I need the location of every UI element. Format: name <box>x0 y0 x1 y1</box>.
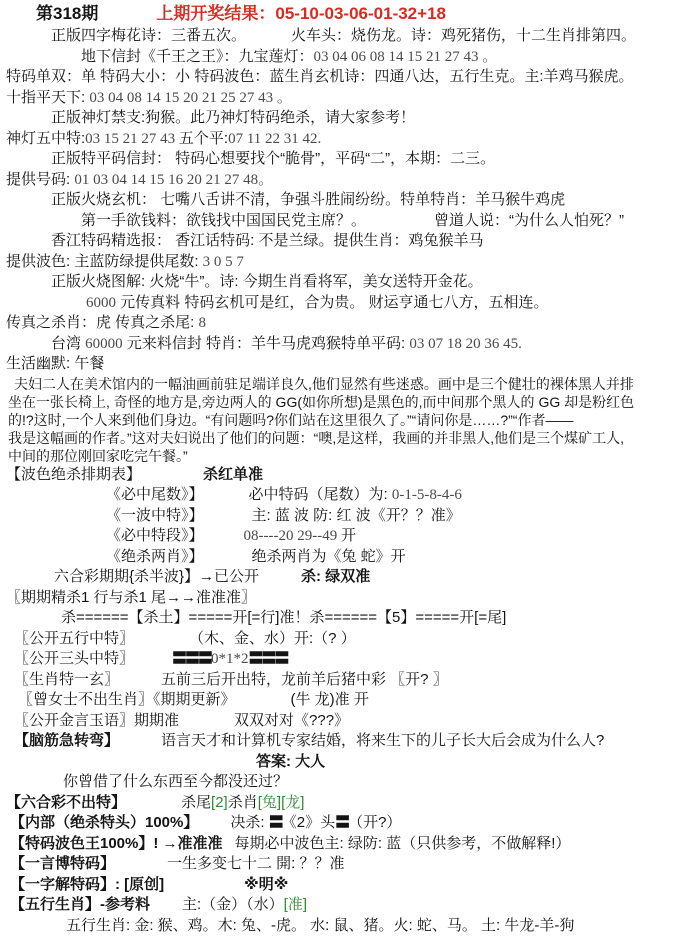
wave-kill-table-text: 【波色绝杀排期表】 <box>6 466 141 483</box>
huoshao-tujie-text: 正版火烧图解: 火烧“牛”。诗: 今期生肖看将军，美女送特开金花。 <box>51 273 483 290</box>
provided-numbers: 提供号码: 01 03 04 14 15 16 20 21 27 48。 <box>6 170 682 191</box>
not-out-special-text: 【六合彩不出特】 <box>6 794 126 811</box>
zeng-nushi-text: (牛 龙)准 开 <box>291 691 369 708</box>
bizhong-weishu: 《必中尾数》】必中特码（尾数）为: 0-1-5-8-4-6 <box>6 485 682 506</box>
spacer <box>126 802 181 803</box>
internal-kill-head-text: 【内部（绝杀特头）100%】 <box>10 814 198 831</box>
shendeng-five-text: 07 11 22 31 42. <box>228 131 321 147</box>
huoshao-tujie: 正版火烧图解: 火烧“牛”。诗: 今期生肖看将军，美女送特开金花。 <box>6 272 682 293</box>
bizhong-weishu-text: 必中特码（尾数）为: <box>249 486 392 503</box>
provided-numbers-text: 提供号码: <box>6 171 74 188</box>
spacer <box>223 843 235 844</box>
yizi-jie-text: ※明※ <box>244 876 288 893</box>
five-element-zodiac-text: 【五行生肖】-参考料 <box>10 896 150 913</box>
shendeng-five-text: 03 15 21 27 43 <box>85 131 179 147</box>
sha-banbo-text: 杀: 绿双准 <box>301 568 370 585</box>
humor-story-1: 夫妇二人在美术馆内的一幅油画前驻足端详良久,他们显然有些迷惑。画中是三个健壮的裸… <box>6 375 682 393</box>
five-elements-open: 〖公开五行中特〗（木、金、水）开:（? ） <box>6 629 682 650</box>
ten-fingers-text: 十指平天下: <box>6 89 89 106</box>
spacer <box>198 823 230 824</box>
yibo-zhongte-text: 《一波中特》】 <box>106 507 204 524</box>
fax-kill: 传真之杀肖：虎 传真之杀尾: 8 <box>6 313 682 334</box>
wave-color-king: 【特码波色王100%】! →准准准每期必中波色主: 绿防: 蓝（只供参考，不做解… <box>6 834 682 855</box>
provided-wave-color-text: 3 0 5 7 <box>203 254 244 270</box>
taiwan-60000-text: 03 07 18 20 36 45. <box>409 336 522 352</box>
wave-color-king-text: 每期必中波色主: 绿防: 蓝（只供参考，不做解释!） <box>235 835 571 852</box>
spacer <box>164 884 244 885</box>
taiwan-60000: 台湾 60000 元来料信封 特肖：羊牛马虎鸡猴特单平码: 03 07 18 2… <box>6 334 682 355</box>
header: 第318期上期开奖结果：05-10-03-06-01-32+18 <box>6 2 682 26</box>
tepingma-envelope-text: 正版特平码信封： 特码心想要找个“脆骨”，平码“二”，本期：二三。 <box>51 150 495 167</box>
yiyan-bo-text: 【一言博特码】 <box>10 855 115 872</box>
shendeng-ban: 正版神灯禁支:狗猴。此乃神灯特码绝杀，请大家参考！ <box>6 108 682 129</box>
bizhong-teduan-text: 开 <box>341 527 356 544</box>
yuqian-liao-text: 第一手欲钱料：欲钱找中国国民党主席？。 <box>81 212 366 229</box>
internal-kill-head-text: 〓 <box>269 814 282 831</box>
jingsha-header-text: 〖期期精杀1 行与杀1 尾→→准准准〗 <box>6 589 256 606</box>
xiangjiang-report: 香江特码精选报： 香江话特码: 不是兰绿。提供生肖：鸡兔猴羊马 <box>6 231 682 252</box>
humor-story-3: 的!?这时,一个人来到他们身边。“有问题吗?你们站在这里很久了。”“请问你是……… <box>6 411 682 429</box>
spacer <box>204 515 252 516</box>
special-attrs: 特码单双：单 特码大小：小 特码波色：蓝生肖玄机诗：四通八达，五行生克。主:羊鸡… <box>6 67 682 88</box>
bizhong-teduan: 《必中特段》】08----20 29--49 开 <box>6 526 682 547</box>
fax-6000-text: 元传真料 特码玄机可是红，合为贵。 财运亨通七八方，五相连。 <box>116 294 549 311</box>
spacer <box>366 220 434 221</box>
underground-envelope-text: 03 04 06 08 14 15 21 27 43 。 <box>314 49 498 65</box>
juesha-liangxiao: 《绝杀两肖》】绝杀两肖为《兔 蛇》开 <box>6 547 682 568</box>
spacer <box>236 700 291 701</box>
sha-line-text: 杀======【杀土】=====开[=行]准！杀======【5】=====开[… <box>61 609 506 626</box>
yibo-zhongte: 《一波中特》】主: 蓝 波 防: 红 波《开？？准》 <box>6 506 682 527</box>
tease-question: 你曾借了什么东西至今都没还过？ <box>6 772 682 793</box>
three-heads-open-text: 〖公开三头中特〗 <box>14 650 134 667</box>
spacer <box>204 536 244 537</box>
brain-teaser-text: 【脑筋急转弯】 <box>14 732 119 749</box>
spacer <box>204 556 252 557</box>
bizhong-weishu-text: 0-1-5-8-4-6 <box>392 487 462 503</box>
shengxiao-te-text: 〖生肖特一玄〗 <box>14 671 119 688</box>
three-heads-open-text: 〓〓〓 <box>249 650 288 667</box>
bizhong-teduan-text: 《必中特段》】 <box>106 527 204 544</box>
taiwan-60000-text: 台湾 <box>51 335 85 352</box>
lottery-tip-sheet: 第318期上期开奖结果：05-10-03-06-01-32+18正版四字梅花诗：… <box>0 0 688 936</box>
spacer <box>150 905 182 906</box>
underground-envelope: 地下信封《千王之王》：九宝莲灯：03 04 06 08 14 15 21 27 … <box>6 47 682 68</box>
spacer <box>141 474 203 475</box>
shengxiao-te: 〖生肖特一玄〗五前三后开出特，龙前羊后猪中彩 〖开? 〗 <box>6 670 682 691</box>
sha-line: 杀======【杀土】=====开[=行]准！杀======【5】=====开[… <box>6 608 682 629</box>
tepingma-envelope: 正版特平码信封： 特码心想要找个“脆骨”，平码“二”，本期：二三。 <box>6 149 682 170</box>
humor-title-text: 生活幽默: 午餐 <box>6 355 104 372</box>
three-heads-open-text: 0*1*2 <box>211 651 249 667</box>
meihua-poem: 正版四字梅花诗：三番五次。火车头：烧伤龙。诗：鸡死猪伤，十二生肖排第四。 <box>6 26 682 47</box>
internal-kill-head-text: （开?） <box>348 814 401 831</box>
sha-banbo-text: 六合彩期期{杀半波}】→已公开 <box>54 568 259 585</box>
fax-kill-text: 传真之杀肖：虎 传真之杀尾: <box>6 314 199 331</box>
spacer <box>134 638 189 639</box>
spacer <box>119 679 161 680</box>
five-element-zodiac-text: [准] <box>284 896 307 913</box>
answer: 答案: 大人 <box>6 752 682 773</box>
huoshao-xuanji: 正版火烧玄机： 七嘴八舌讲不清，争强斗胜闹纷纷。特单特肖：羊马猴牛鸡虎 <box>6 190 682 211</box>
jinyan-yuyu-text: 双双对对《???》 <box>234 712 349 729</box>
yizi-jie-text: 【一字解特码】: [原创] <box>10 876 164 893</box>
not-out-special: 【六合彩不出特】杀尾[2]杀肖[兔][龙] <box>6 793 682 814</box>
five-element-detail: 五行生肖: 金: 猴、鸡。木: 兔、-虎。 水: 鼠、猪。火: 蛇、马。 土: … <box>6 916 682 936</box>
last-draw-result: 上期开奖结果：05-10-03-06-01-32+18 <box>156 4 446 23</box>
spacer <box>98 15 156 16</box>
bizhong-weishu-text: 《必中尾数》】 <box>106 486 204 503</box>
brain-teaser-text: 语言天才和计算机专家结婚，将来生下的儿子长大后会成为什么人? <box>161 732 604 749</box>
five-element-zodiac-text: 主:（金）（水） <box>182 896 284 913</box>
xiangjiang-report-text: 香江特码精选报： 香江话特码: 不是兰绿。提供生肖：鸡兔猴羊马 <box>51 232 484 249</box>
taiwan-60000-text: 60000 <box>85 336 123 352</box>
humor-story-4-text: 我是这幅画的作者。”这对夫妇说出了他们的问题：“噢,是这样，我画的并非黑人,他们… <box>8 430 624 446</box>
not-out-special-text: 杀尾 <box>181 794 211 811</box>
shendeng-ban-text: 正版神灯禁支:狗猴。此乃神灯特码绝杀，请大家参考！ <box>51 109 415 126</box>
five-elements-open-text: 〖公开五行中特〗 <box>14 630 134 647</box>
yuqian-liao-text: 曾道人说：“为什么人怕死？” <box>434 212 624 229</box>
ten-fingers: 十指平天下: 03 04 08 14 15 20 21 25 27 43 。 <box>6 88 682 109</box>
humor-story-5-text: 中间的那位刚回家吃完午餐。” <box>8 448 188 464</box>
issue-number: 第318期 <box>36 4 98 23</box>
yizi-jie: 【一字解特码】: [原创]※明※ <box>6 875 682 896</box>
huoshao-xuanji-text: 正版火烧玄机： 七嘴八舌讲不清，争强斗胜闹纷纷。特单特肖：羊马猴牛鸡虎 <box>51 191 565 208</box>
humor-story-1-text: 夫妇二人在美术馆内的一幅油画前驻足端详良久,他们显然有些迷惑。画中是三个健壮的裸… <box>14 376 634 392</box>
juesha-liangxiao-text: 《绝杀两肖》】 <box>106 548 204 565</box>
spacer <box>204 495 249 496</box>
five-element-zodiac: 【五行生肖】-参考料主:（金）（水）[准] <box>6 895 682 916</box>
juesha-liangxiao-text: 绝杀两肖为《兔 蛇》开 <box>252 548 406 565</box>
not-out-special-text: [兔][龙] <box>258 794 305 811</box>
underground-envelope-text: 地下信封《千王之王》：九宝莲灯： <box>81 48 314 65</box>
shendeng-five: 神灯五中特:03 15 21 27 43 五个平:07 11 22 31 42. <box>6 129 682 150</box>
spacer <box>259 577 301 578</box>
fax-6000: 6000 元传真料 特码玄机可是红，合为贵。 财运亨通七八方，五相连。 <box>6 293 682 314</box>
spacer <box>246 36 291 37</box>
zeng-nushi-text: 〖曾女士不出生肖〗《期期更新》 <box>18 691 236 708</box>
provided-wave-color: 提供波色: 主蓝防绿提供尾数: 3 0 5 7 <box>6 252 682 273</box>
humor-story-4: 我是这幅画的作者。”这对夫妇说出了他们的问题：“噢,是这样，我画的并非黑人,他们… <box>6 429 682 447</box>
yiyan-bo: 【一言博特码】一生多变七十二 開: ？？准 <box>6 854 682 875</box>
internal-kill-head-text: 《2》头 <box>282 814 335 831</box>
meihua-poem-text: 正版四字梅花诗：三番五次。 <box>51 27 246 44</box>
yiyan-bo-text: 一生多变七十二 開: ？？准 <box>167 855 345 872</box>
special-attrs-text: 特码单双：单 特码大小：小 特码波色：蓝生肖玄机诗：四通八达，五行生克。主:羊鸡… <box>6 68 634 85</box>
five-elements-open-text: （木、金、水）开:（? ） <box>189 630 356 647</box>
spacer <box>115 864 167 865</box>
sha-banbo: 六合彩期期{杀半波}】→已公开杀: 绿双准 <box>6 567 682 588</box>
wave-color-king-text: 【特码波色王100%】! →准准准 <box>10 835 223 852</box>
internal-kill-head-text: 〓 <box>335 814 348 831</box>
shendeng-five-text: 五个平: <box>179 130 228 147</box>
taiwan-60000-text: 元来料信封 特肖：羊牛马虎鸡猴特单平码: <box>123 335 410 352</box>
humor-story-5: 中间的那位刚回家吃完午餐。” <box>6 447 682 465</box>
spacer <box>134 659 172 660</box>
fax-kill-text: 8 <box>199 315 207 331</box>
zeng-nushi: 〖曾女士不出生肖〗《期期更新》(牛 龙)准 开 <box>6 690 682 711</box>
brain-teaser: 【脑筋急转弯】语言天才和计算机专家结婚，将来生下的儿子长大后会成为什么人? <box>6 731 682 752</box>
jinyan-yuyu-text: 〖公开金言玉语〗期期准 <box>14 712 179 729</box>
three-heads-open-text: 〓〓〓 <box>172 650 211 667</box>
jingsha-header: 〖期期精杀1 行与杀1 尾→→准准准〗 <box>6 588 682 609</box>
spacer <box>119 741 161 742</box>
wave-kill-table-text: 杀红单准 <box>203 466 263 483</box>
humor-story-2-text: 坐在一张长椅上, 奇怪的地方是,旁边两人的 GG(如你所想)是黑色的,而中间那个… <box>8 394 634 410</box>
yibo-zhongte-text: 主: 蓝 波 防: 红 波《开？？准》 <box>252 507 461 524</box>
tease-question-text: 你曾借了什么东西至今都没还过？ <box>63 773 288 790</box>
humor-title: 生活幽默: 午餐 <box>6 354 682 375</box>
five-element-detail-text: 五行生肖: 金: 猴、鸡。木: 兔、-虎。 水: 鼠、猪。火: 蛇、马。 土: … <box>66 917 574 934</box>
wave-kill-table: 【波色绝杀排期表】杀红单准 <box>6 465 682 486</box>
not-out-special-text: [2] <box>211 794 228 811</box>
ten-fingers-text: 03 04 08 14 15 20 21 25 27 43 。 <box>89 90 292 106</box>
internal-kill-head-text: 决杀: <box>230 814 268 831</box>
provided-numbers-text: 01 03 04 14 15 16 20 21 27 48。 <box>74 172 273 188</box>
shengxiao-te-text: 五前三后开出特，龙前羊后猪中彩 〖开? 〗 <box>161 671 448 688</box>
spacer <box>179 720 234 721</box>
internal-kill-head: 【内部（绝杀特头）100%】决杀: 〓《2》头〓（开?） <box>6 813 682 834</box>
not-out-special-text: 杀肖 <box>228 794 258 811</box>
three-heads-open: 〖公开三头中特〗〓〓〓0*1*2〓〓〓 <box>6 649 682 670</box>
humor-story-2: 坐在一张长椅上, 奇怪的地方是,旁边两人的 GG(如你所想)是黑色的,而中间那个… <box>6 393 682 411</box>
jinyan-yuyu: 〖公开金言玉语〗期期准双双对对《???》 <box>6 711 682 732</box>
provided-wave-color-text: 提供波色: 主蓝防绿提供尾数: <box>6 253 203 270</box>
answer-text: 答案: 大人 <box>256 753 325 770</box>
shendeng-five-text: 神灯五中特: <box>6 130 85 147</box>
fax-6000-text: 6000 <box>86 295 116 311</box>
humor-story-3-text: 的!?这时,一个人来到他们身边。“有问题吗?你们站在这里很久了。”“请问你是……… <box>8 412 573 428</box>
meihua-poem-text: 火车头：烧伤龙。诗：鸡死猪伤，十二生肖排第四。 <box>291 27 636 44</box>
yuqian-liao: 第一手欲钱料：欲钱找中国国民党主席？。曾道人说：“为什么人怕死？” <box>6 211 682 232</box>
bizhong-teduan-text: 08----20 29--49 <box>244 528 341 544</box>
